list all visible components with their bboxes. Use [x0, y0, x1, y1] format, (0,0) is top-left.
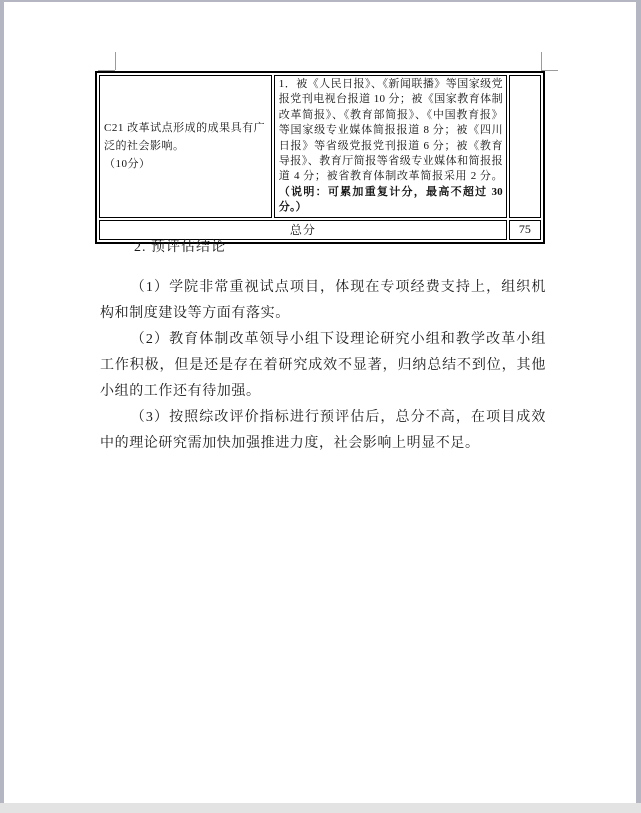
criteria-points: （10分）	[104, 155, 268, 173]
mark-vertical-line	[115, 52, 116, 70]
score-cell	[509, 75, 541, 218]
bottom-edge-strip	[0, 803, 641, 813]
standard-note: （说明：可累加重复计分，最高不超过 30 分。）	[279, 186, 503, 213]
conclusion-paragraph-1: （1）学院非常重视试点项目，体现在专项经费支持上，组织机构和制度建设等方面有落实…	[100, 275, 546, 327]
conclusion-paragraph-2: （2）教育体制改革领导小组下设理论研究小组和教学改革小组工作积极，但是还是存在着…	[100, 327, 546, 405]
conclusion-paragraph-3: （3）按照综改评价指标进行预评估后，总分不高，在项目成效中的理论研究需加快加强推…	[100, 405, 546, 457]
text-boundary-mark-top-left	[98, 52, 116, 71]
criteria-row: C21 改革试点形成的成果具有广泛的社会影响。 （10分） 1．被《人民日报》、…	[99, 75, 541, 218]
criteria-text: C21 改革试点形成的成果具有广泛的社会影响。	[104, 119, 268, 155]
criteria-cell: C21 改革试点形成的成果具有广泛的社会影响。 （10分）	[99, 75, 272, 218]
text-boundary-mark-top-right	[541, 52, 559, 71]
section-heading: 2. 预评估结论	[100, 235, 546, 261]
mark-vertical-line	[541, 52, 542, 70]
evaluation-table-wrap: C21 改革试点形成的成果具有广泛的社会影响。 （10分） 1．被《人民日报》、…	[95, 71, 545, 244]
screenshot-root: { "table": { "row_criteria": { "indicato…	[0, 0, 641, 813]
standard-text: 1．被《人民日报》、《新闻联播》等国家级党报党刊电视台报道 10 分；被《国家教…	[279, 78, 503, 182]
document-page[interactable]: C21 改革试点形成的成果具有广泛的社会影响。 （10分） 1．被《人民日报》、…	[4, 2, 636, 803]
conclusion-section: 2. 预评估结论 （1）学院非常重视试点项目，体现在专项经费支持上，组织机构和制…	[100, 235, 546, 457]
evaluation-table: C21 改革试点形成的成果具有广泛的社会影响。 （10分） 1．被《人民日报》、…	[95, 71, 545, 244]
scoring-standard-cell: 1．被《人民日报》、《新闻联播》等国家级党报党刊电视台报道 10 分；被《国家教…	[274, 75, 507, 218]
